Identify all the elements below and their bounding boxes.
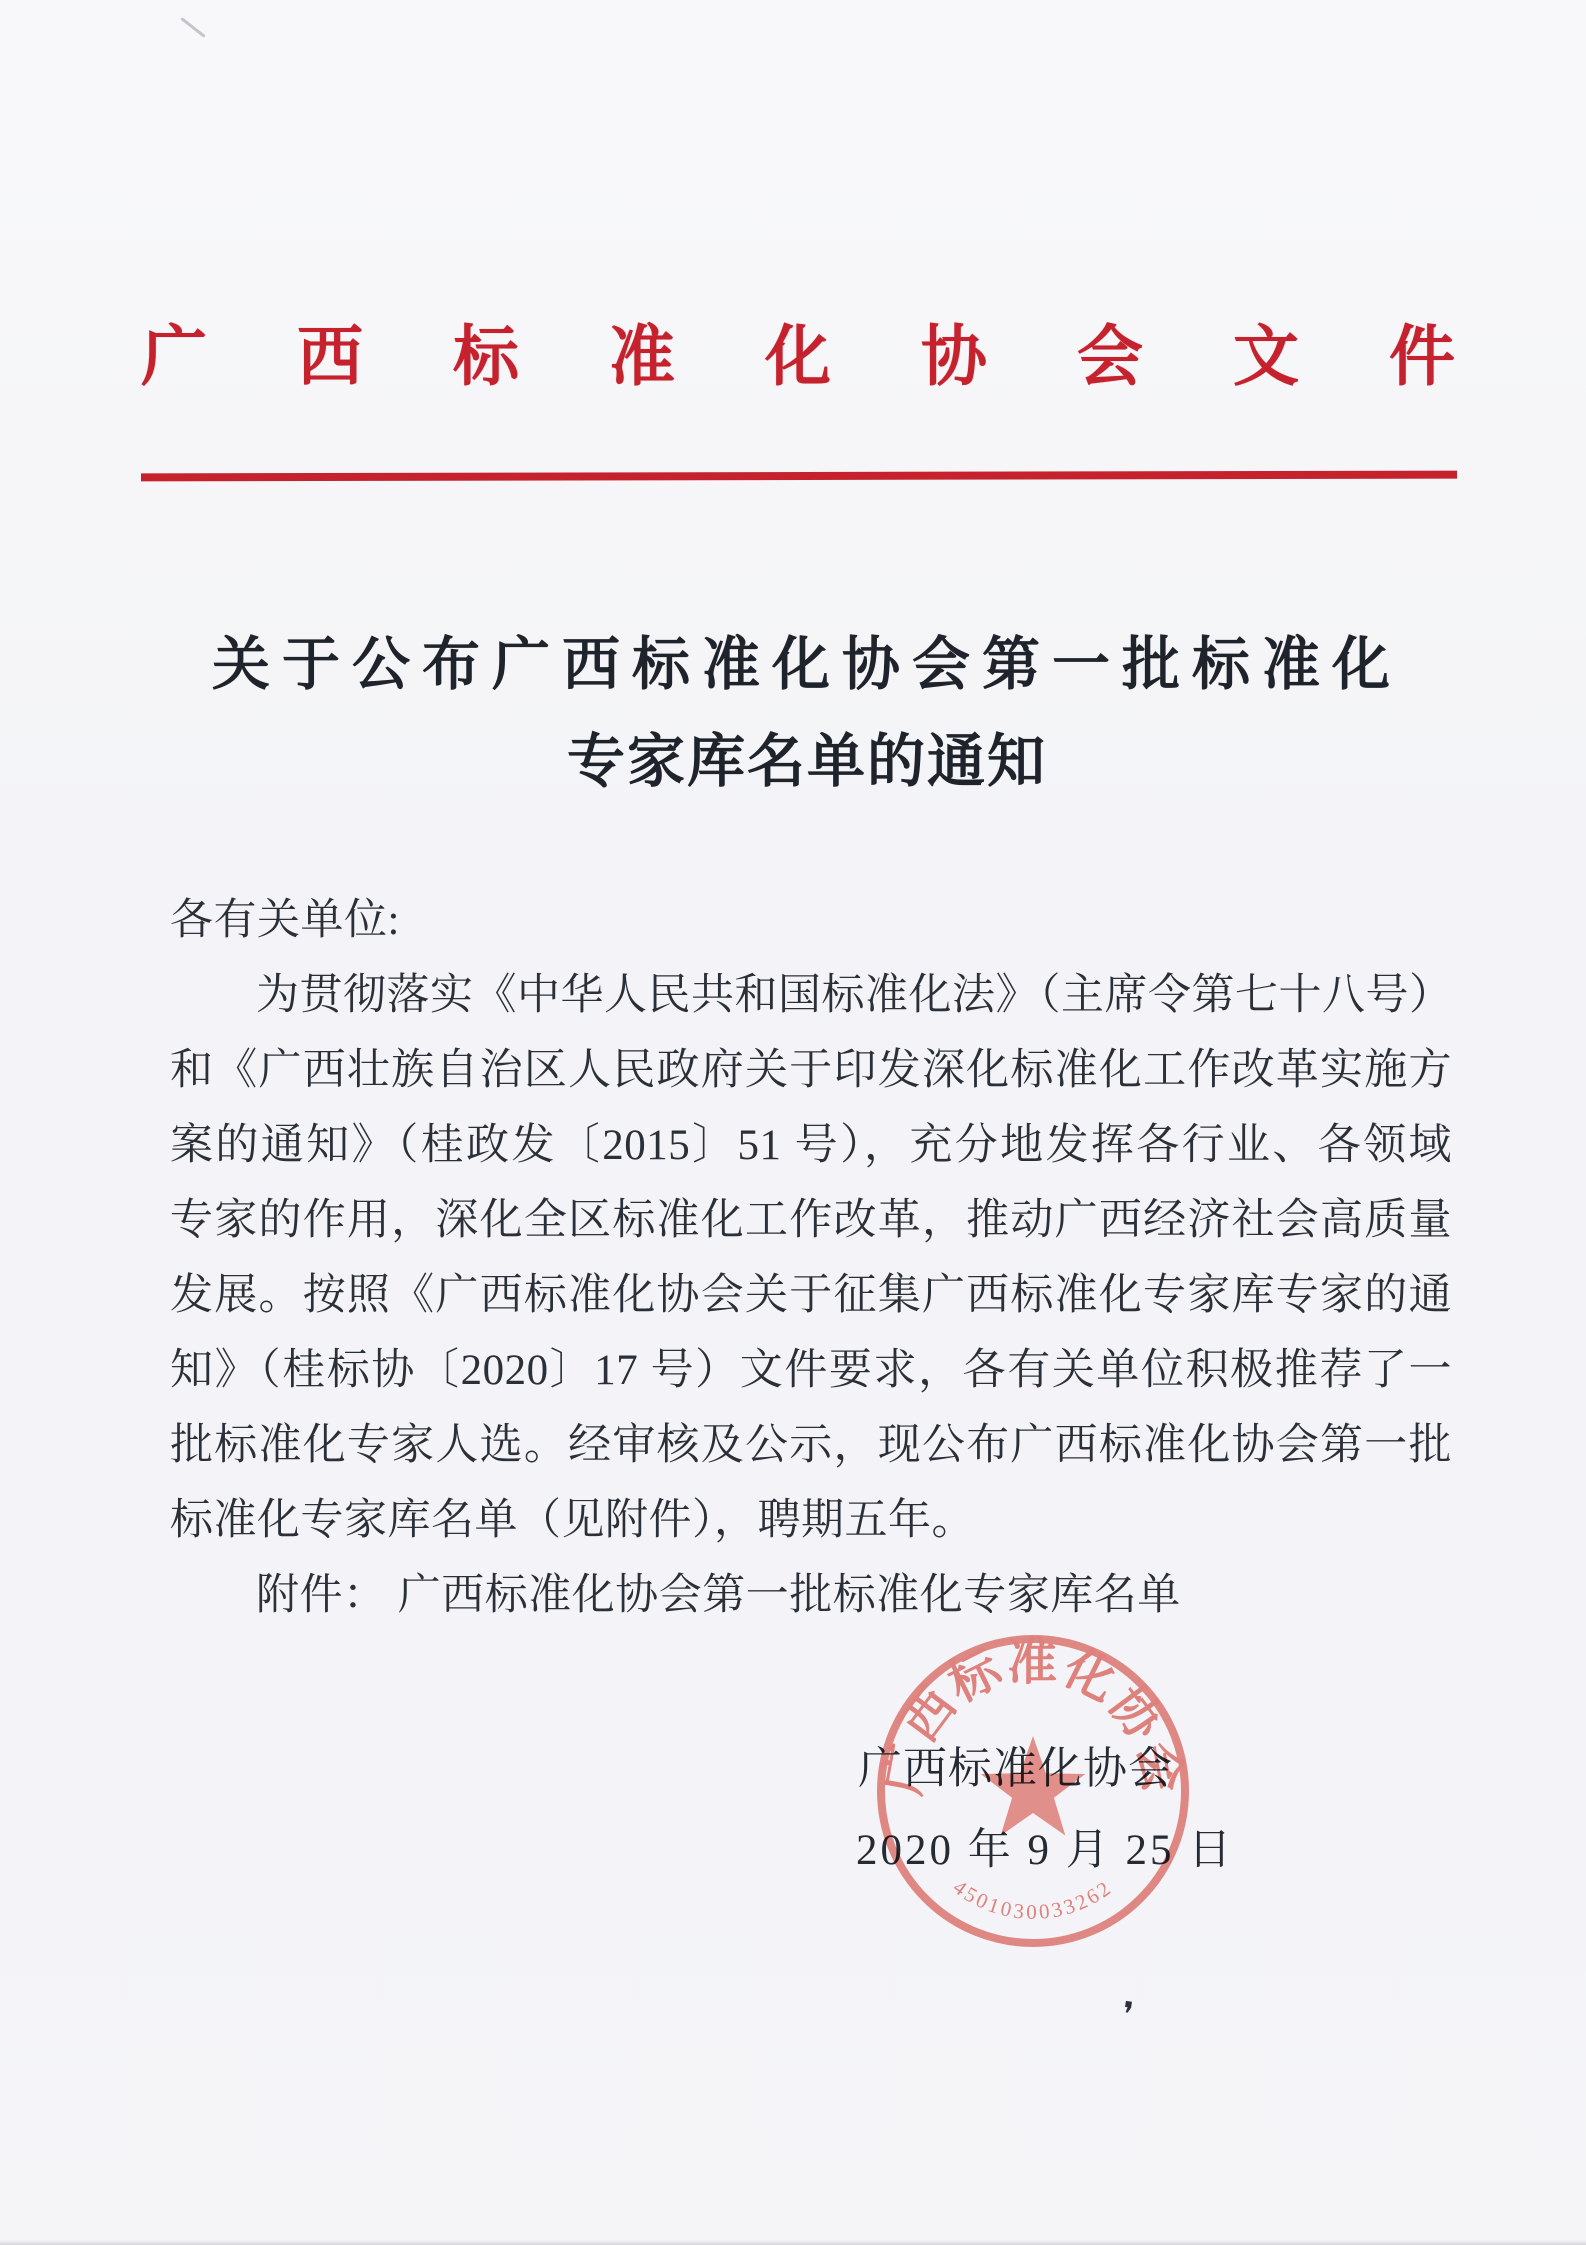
ink-speck-artifact: ❜ <box>1119 1994 1135 2035</box>
paragraph-line: 发展。按照《广西标准化协会关于征集广西标准化专家库专家的通 <box>170 1258 1452 1333</box>
document-title-line2: 专家库名单的通知 <box>14 713 1586 810</box>
paragraph-line: 批标准化专家人选。经审核及公示，现公布广西标准化协会第一批 <box>170 1408 1452 1483</box>
paragraph-line: 为贯彻落实《中华人民共和国标准化法》（主席令第七十八号） <box>170 958 1452 1033</box>
seal-star-icon <box>981 1736 1086 1836</box>
document-title-line1: 关于公布广西标准化协会第一批标准化 <box>14 616 1586 713</box>
paragraph-line: 专家的作用，深化全区标准化工作改革，推动广西经济社会高质量 <box>170 1183 1452 1258</box>
red-header-title: 广西标准化协会文件 <box>141 322 1545 395</box>
seal-serial-number: 4501030033262 <box>949 1875 1117 1924</box>
salutation: 各有关单位: <box>170 883 1452 958</box>
document-title: 关于公布广西标准化协会第一批标准化 专家库名单的通知 <box>14 616 1586 810</box>
paragraph-line: 和《广西壮族自治区人民政府关于印发深化标准化工作改革实施方 <box>170 1033 1452 1108</box>
paragraph-line: 案的通知》（桂政发〔2015〕51 号），充分地发挥各行业、各领域 <box>170 1108 1452 1183</box>
document-page: 广西标准化协会文件 关于公布广西标准化协会第一批标准化 专家库名单的通知 各有关… <box>0 0 1586 2245</box>
official-seal: 广西标准化协会 4501030033262 <box>853 1611 1213 1971</box>
attachment-line: 附件： 广西标准化协会第一批标准化专家库名单 <box>170 1558 1452 1633</box>
scan-artifact-line <box>180 17 205 38</box>
document-body: 各有关单位: 为贯彻落实《中华人民共和国标准化法》（主席令第七十八号） 和《广西… <box>170 883 1452 1633</box>
paragraph-line: 知》（桂标协〔2020〕17 号）文件要求，各有关单位积极推荐了一 <box>170 1333 1452 1408</box>
red-divider-line <box>141 471 1457 482</box>
paragraph-line: 标准化专家库名单（见附件），聘期五年。 <box>170 1483 1452 1558</box>
